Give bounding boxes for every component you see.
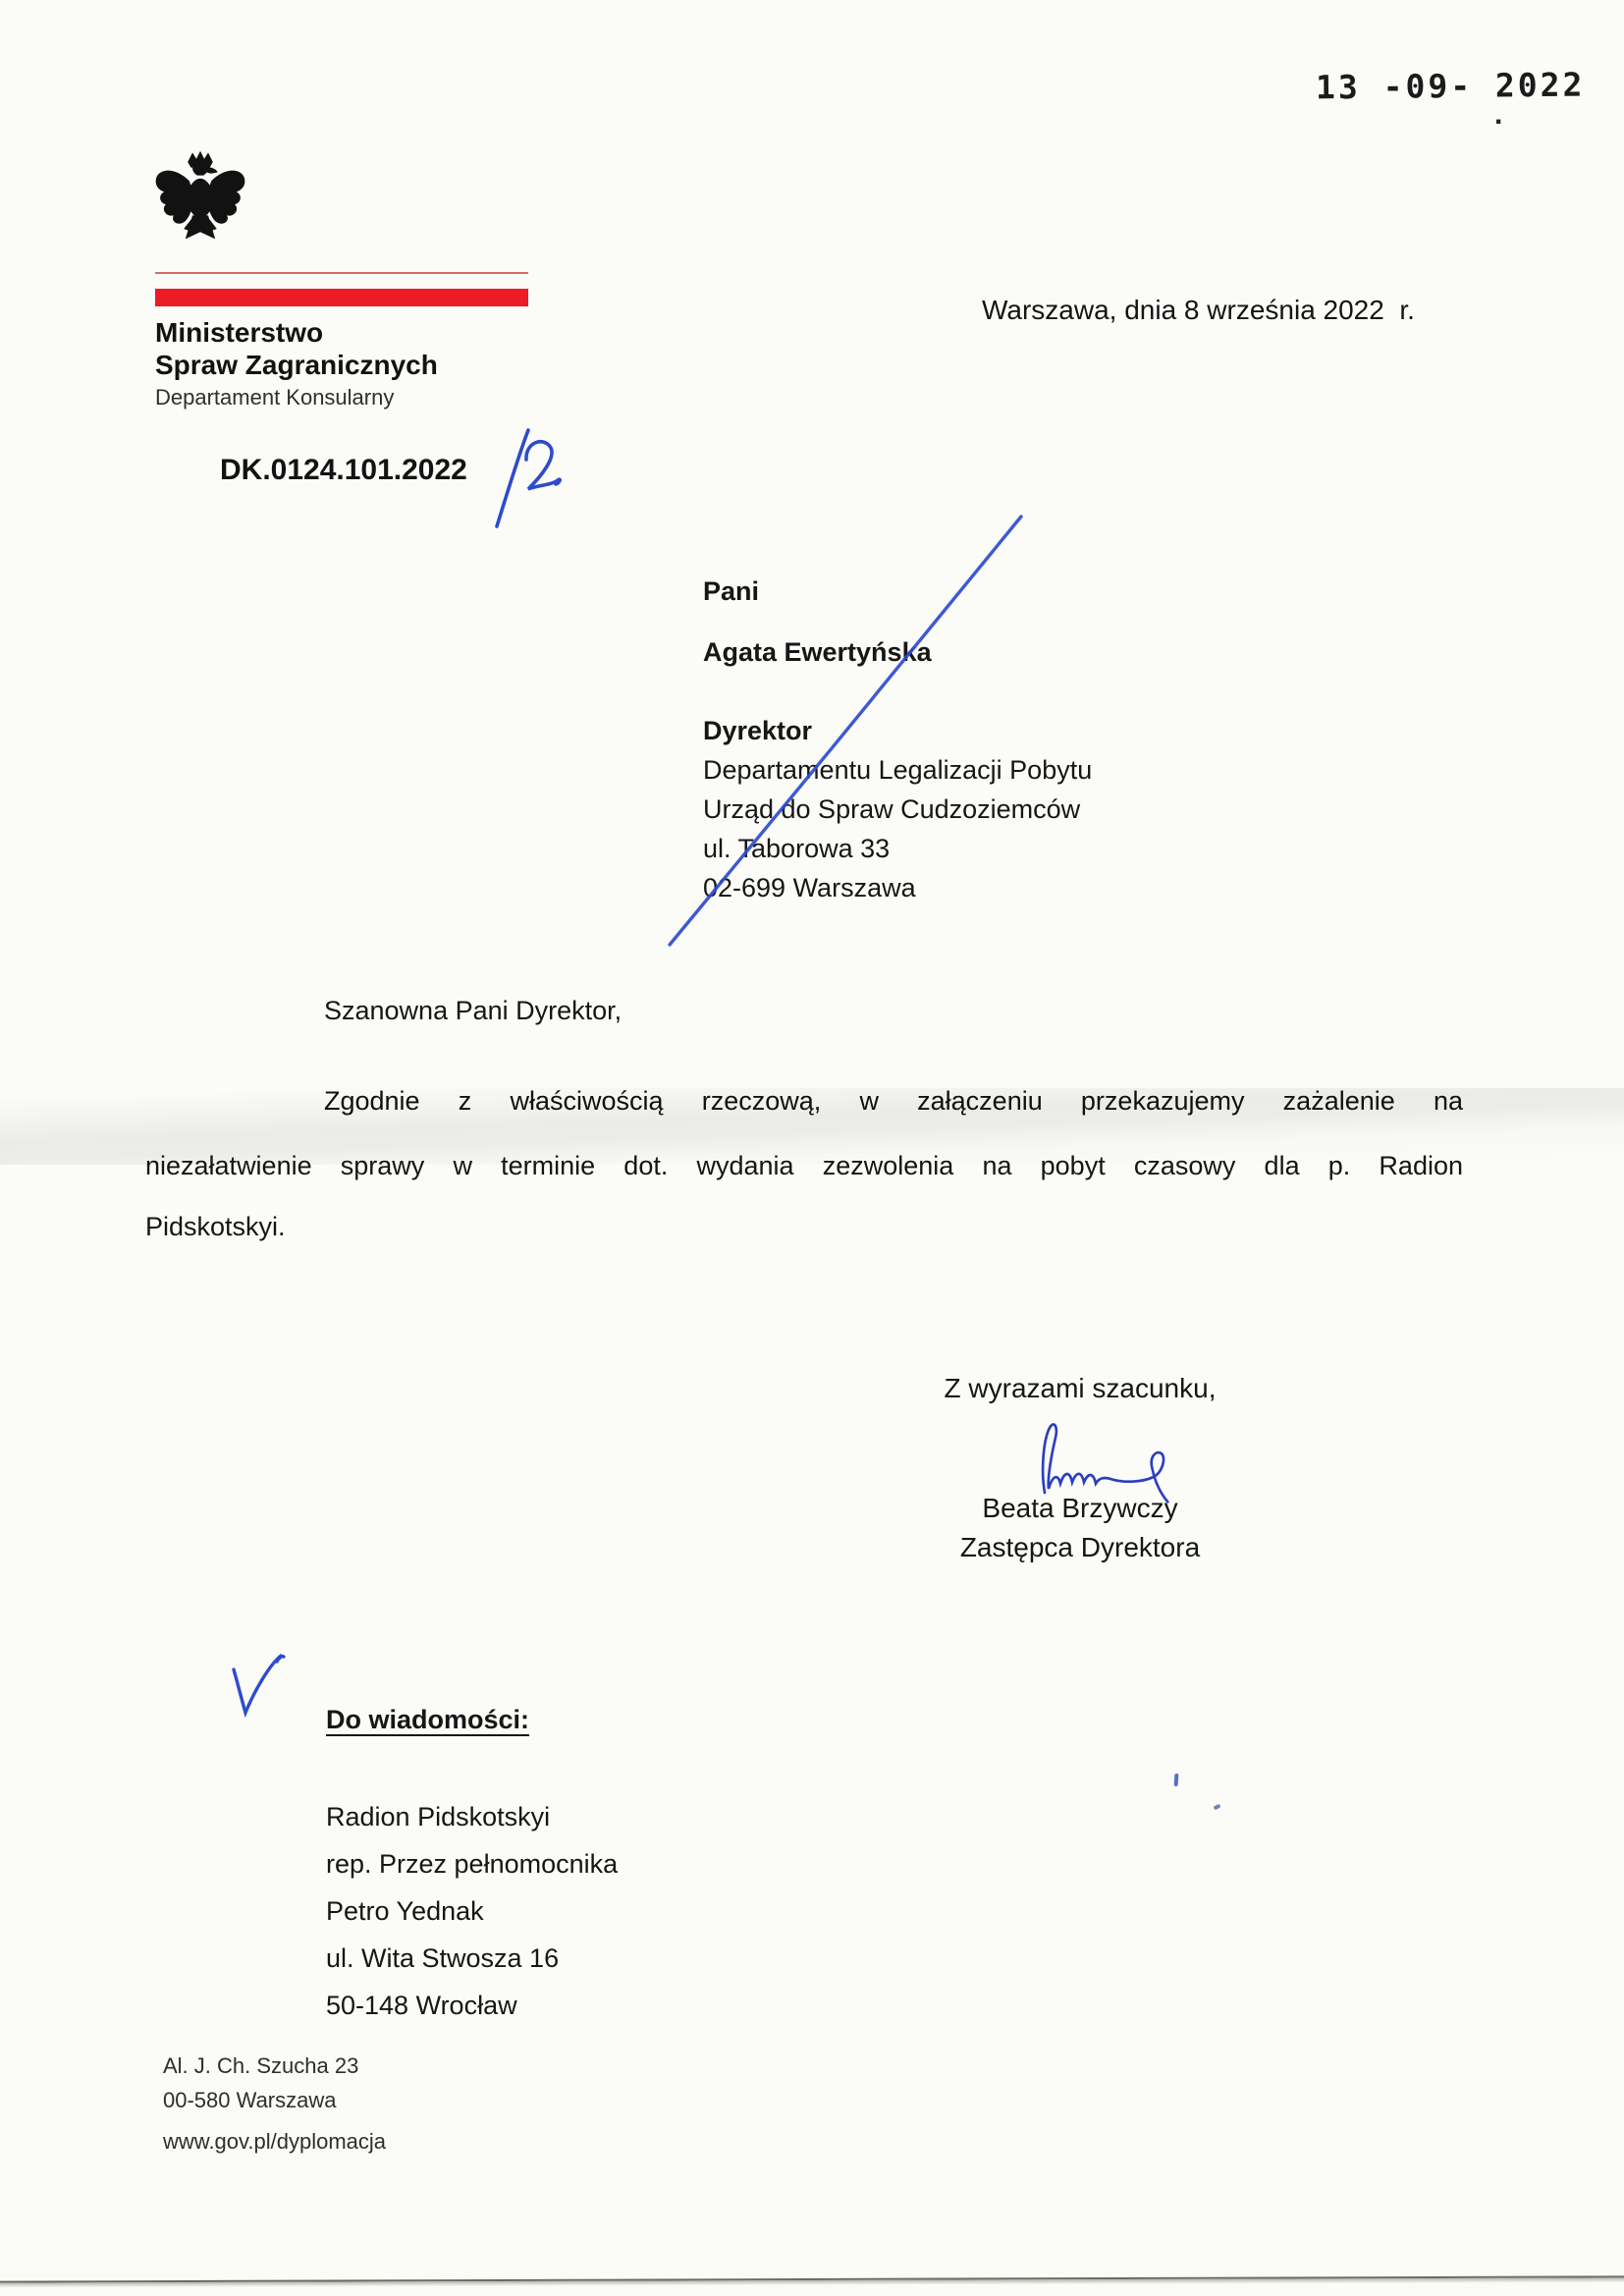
cc-city: 50-148 Wrocław <box>326 1982 618 2029</box>
footer-street: Al. J. Ch. Szucha 23 <box>163 2049 358 2083</box>
footer-website: www.gov.pl/dyplomacja <box>163 2129 386 2155</box>
received-date-stamp: 13 -09- 2022 <box>1316 66 1586 107</box>
ministry-name: Ministerstwo Spraw Zagranicznych <box>155 316 438 381</box>
body-text-line2: niezałatwienie sprawy w terminie dot. wy… <box>145 1151 1463 1181</box>
signer-name: Beata Brzywczy <box>889 1493 1272 1524</box>
handwritten-checkmark <box>224 1652 287 1728</box>
salutation: Szanowna Pani Dyrektor, <box>324 996 622 1026</box>
ink-speck-small <box>1213 1804 1220 1811</box>
body-text-line1: Zgodnie z właściwością rzeczową, w załąc… <box>324 1086 1463 1117</box>
stamp-period-mark: . <box>1494 98 1502 132</box>
reference-number: DK.0124.101.2022 <box>220 454 467 487</box>
cc-list: Radion Pidskotskyi rep. Przez pełnomocni… <box>326 1793 618 2029</box>
footer-address: Al. J. Ch. Szucha 23 00-580 Warszawa <box>163 2049 358 2117</box>
department-name: Departament Konsularny <box>155 385 394 410</box>
ink-speck <box>1174 1774 1179 1786</box>
footer-city: 00-580 Warszawa <box>163 2083 358 2117</box>
ministry-name-line1: Ministerstwo <box>155 316 438 349</box>
cc-heading: Do wiadomości: <box>326 1705 529 1735</box>
signer-title: Zastępca Dyrektora <box>889 1532 1272 1563</box>
city-date-line: Warszawa, dnia 8 września 2022 r. <box>982 295 1434 326</box>
cc-street: ul. Wita Stwosza 16 <box>326 1935 618 1982</box>
strikethrough-line <box>656 507 1039 958</box>
handwritten-case-number <box>477 424 566 540</box>
scanned-letter-page: 13 -09- 2022 . Ministerstwo Spraw Zagran… <box>0 0 1624 2296</box>
red-flag-bar <box>155 289 528 306</box>
thin-red-rule <box>155 272 528 274</box>
cc-recipient-name: Radion Pidskotskyi <box>326 1793 618 1840</box>
closing-phrase: Z wyrazami szacunku, <box>889 1373 1272 1404</box>
ministry-name-line2: Spraw Zagranicznych <box>155 349 438 381</box>
cc-representation-note: rep. Przez pełnomocnika <box>326 1840 618 1887</box>
polish-eagle-emblem <box>153 147 247 255</box>
cc-attorney-name: Petro Yednak <box>326 1887 618 1935</box>
body-text-line3: Pidskotskyi. <box>145 1212 286 1242</box>
